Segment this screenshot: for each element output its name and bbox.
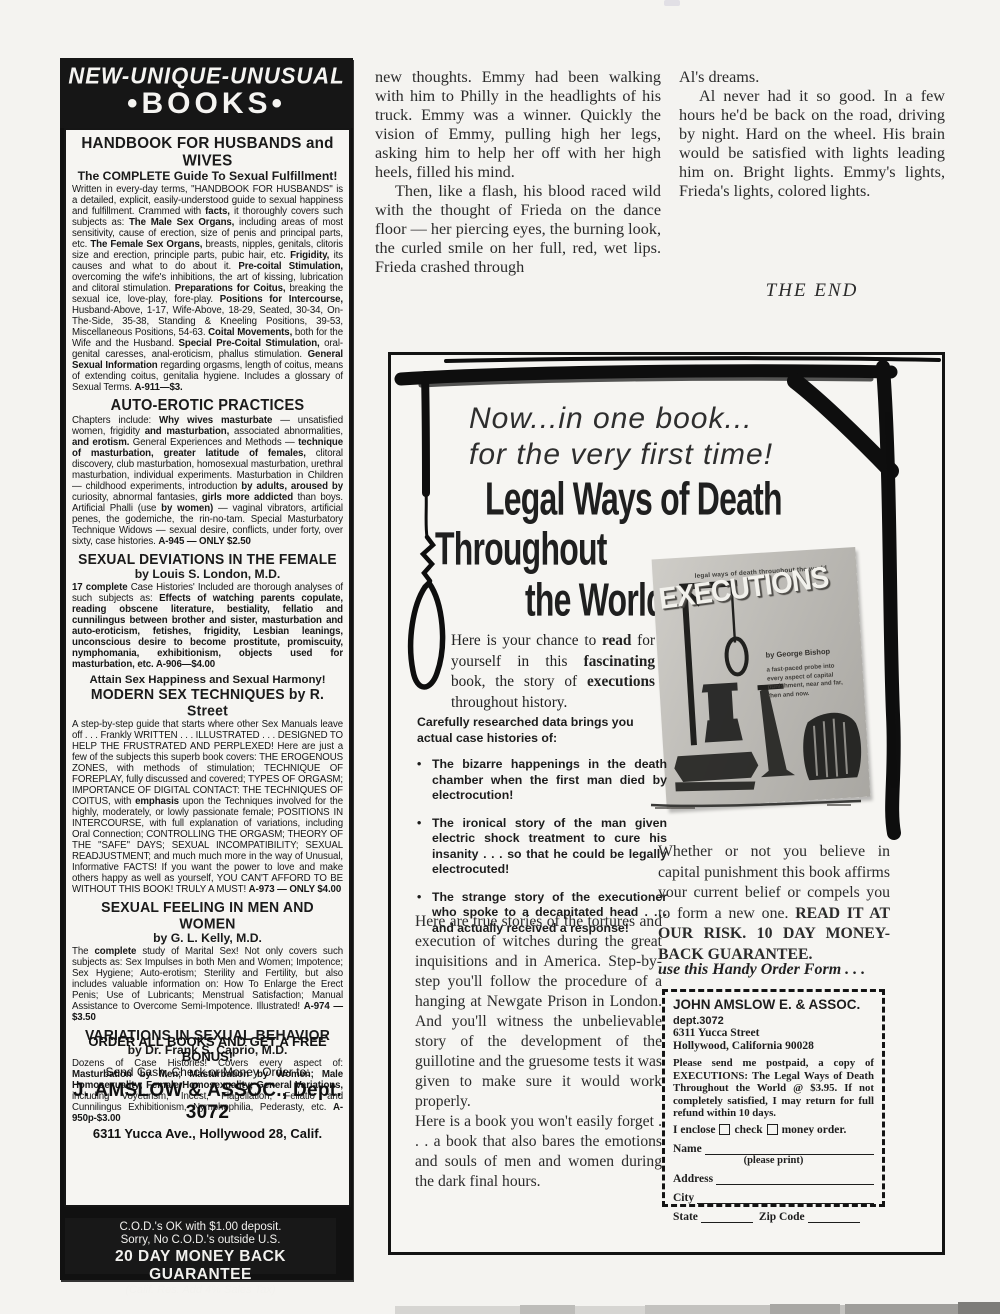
story-column-1: new thoughts. Emmy had been walking with… [375,68,661,277]
section-modern: Attain Sex Happiness and Sexual Harmony!… [72,674,343,895]
books-ad-content: HANDBOOK FOR HUSBANDS and WIVES The COMP… [64,128,351,1207]
money-order-checkbox[interactable] [767,1124,778,1135]
order-address-line: 6311 Yucca Ave., Hollywood 28, Calif. [72,1126,343,1141]
scan-edge-mark [958,1302,1000,1314]
order-company-line: J. AMSLOW & ASSOC., Dept. 3072 [72,1080,343,1124]
cod-line2: Sorry, No C.O.D.'s outside U.S. [65,1234,336,1247]
enclose-row: I enclose check money order. [673,1124,874,1136]
check-checkbox[interactable] [719,1124,730,1135]
form-offer-paragraph: Please send me postpaid, a copy of EXECU… [673,1057,874,1120]
story-column-2: Al's dreams. Al never had it so good. In… [679,68,945,201]
carefully-lead-in: Carefully researched data brings you act… [417,715,659,746]
sales-tax-line: (Calif. Res. Add 4% Sales Tax) [65,1284,336,1296]
order-instructions: ORDER ALL BOOKS AND GET A FREE BONUS! Se… [72,1034,343,1141]
books-ad-header-line2: •BOOKS• [60,87,353,121]
section-body: Chapters include: Why wives masturbate —… [72,415,343,547]
form-street: 6311 Yucca Street [673,1027,874,1040]
scan-smudge [664,0,680,6]
books-ad-header-line1: NEW-UNIQUE-UNUSUAL [60,57,353,90]
book-cover-photo: legal ways of death throughout the world… [652,547,871,809]
state-label: State [673,1211,698,1223]
section-deviations: SEXUAL DEVIATIONS IN THE FEMALE by Louis… [72,552,343,670]
form-company: JOHN AMSLOW E. & ASSOC. [673,997,860,1012]
section-body: A step-by-step guide that starts where o… [72,719,343,895]
section-body: Written in every-day terms, ''HANDBOOK F… [72,184,343,393]
section-subheading: by Louis S. London, M.D. [72,567,343,581]
money-order-label: money order. [782,1124,847,1136]
section-auto-erotic: AUTO-EROTIC PRACTICES Chapters include: … [72,398,343,547]
order-send-line: Send Cash, Check or Money Order to: [72,1065,343,1079]
form-city-state: Hollywood, California 90028 [673,1040,874,1053]
tortures-paragraph: Here are true stories of the tortures an… [415,912,662,1112]
section-body: The complete study of Marital Sex! Not o… [72,946,343,1023]
section-heading: SEXUAL FEELING IN MEN AND WOMEN [72,898,343,932]
section-subheading: by G. L. Kelly, M.D. [72,931,343,945]
story-paragraph: Al never had it so good. In a few hours … [679,87,945,201]
name-label: Name [673,1143,702,1155]
city-input-line[interactable] [697,1191,874,1204]
chance-paragraph: Here is your chance to read for yourself… [451,631,655,713]
bullet-dot-icon: • [417,890,421,906]
name-field[interactable]: Name [673,1142,874,1155]
address-field[interactable]: Address [673,1172,874,1185]
now-tagline: Now...in one book... for the very first … [469,401,773,473]
bullet-item: •The bizarre happenings in the death cha… [417,757,667,804]
headline-throughout: Throughout [435,523,607,576]
enclose-label: I enclose [673,1124,715,1136]
form-company-line: JOHN AMSLOW E. & ASSOC. dept.3072 [673,997,874,1027]
bullet-dot-icon: • [417,757,421,773]
order-bonus-line: ORDER ALL BOOKS AND GET A FREE BONUS! [72,1034,343,1064]
check-label: check [734,1124,762,1136]
bullet-item: •The ironical story of the man given ele… [417,816,667,878]
now-tagline-line2: for the very first time! [469,437,773,473]
section-feeling: SEXUAL FEELING IN MEN AND WOMEN by G. L.… [72,899,343,1023]
city-label: City [673,1192,694,1204]
form-dept: dept.3072 [673,1015,724,1027]
executions-ad: Now...in one book... for the very first … [388,352,945,1255]
cod-guarantee-box: C.O.D.'s OK with $1.00 deposit. Sorry, N… [65,1218,336,1274]
scan-edge-mark [520,1305,575,1314]
scan-edge-mark [770,1304,840,1314]
story-paragraph: new thoughts. Emmy had been walking with… [375,68,661,182]
bullet-dot-icon: • [417,816,421,832]
address-input-line[interactable] [716,1172,874,1185]
story-paragraph: Al's dreams. [679,68,945,87]
tortures-column: Here are true stories of the tortures an… [415,912,662,1192]
books-ad-header: NEW-UNIQUE-UNUSUAL •BOOKS• [60,58,353,128]
section-subheading: The COMPLETE Guide To Sexual Fulfillment… [72,169,343,183]
name-input-line[interactable] [705,1142,874,1155]
city-field[interactable]: City [673,1191,874,1204]
books-ad: NEW-UNIQUE-UNUSUAL •BOOKS• HANDBOOK FOR … [60,58,353,1280]
handy-order-form-line: use this Handy Order Form . . . [658,961,898,979]
cod-line1: C.O.D.'s OK with $1.00 deposit. [65,1221,336,1234]
please-print-hint: (please print) [673,1155,874,1166]
now-tagline-line1: Now...in one book... [469,401,773,437]
section-body: 17 complete Case Histories' Included are… [72,582,343,670]
section-preheading: Attain Sex Happiness and Sexual Harmony! [72,674,343,686]
story-paragraph: Then, like a flash, his blood raced wild… [375,182,661,277]
guarantee-line: 20 DAY MONEY BACK GUARANTEE [65,1248,336,1284]
zip-input-line[interactable] [808,1210,860,1223]
headline-the-world: the World [525,574,665,627]
state-zip-field[interactable]: State Zip Code [673,1210,874,1223]
section-heading: SEXUAL DEVIATIONS IN THE FEMALE [72,552,343,568]
section-heading: AUTO-EROTIC PRACTICES [72,398,343,415]
section-handbook: HANDBOOK FOR HUSBANDS and WIVES The COMP… [72,135,343,393]
forget-paragraph: Here is a book you won't easily forget .… [415,1112,662,1192]
order-form: JOHN AMSLOW E. & ASSOC. dept.3072 6311 Y… [662,989,885,1207]
section-heading: HANDBOOK FOR HUSBANDS and WIVES [72,134,343,170]
cover-blurb: a fast-paced probe into every aspect of … [766,662,848,701]
state-input-line[interactable] [701,1210,753,1223]
section-heading: MODERN SEX TECHNIQUES by R. Street [72,685,343,719]
book-base-lines [649,799,865,809]
the-end-label: THE END [679,280,945,302]
whether-paragraph: Whether or not you believe in capital pu… [658,842,890,965]
headline-legal-ways: Legal Ways of Death [485,473,782,526]
zip-label: Zip Code [759,1211,805,1223]
address-label: Address [673,1173,713,1185]
